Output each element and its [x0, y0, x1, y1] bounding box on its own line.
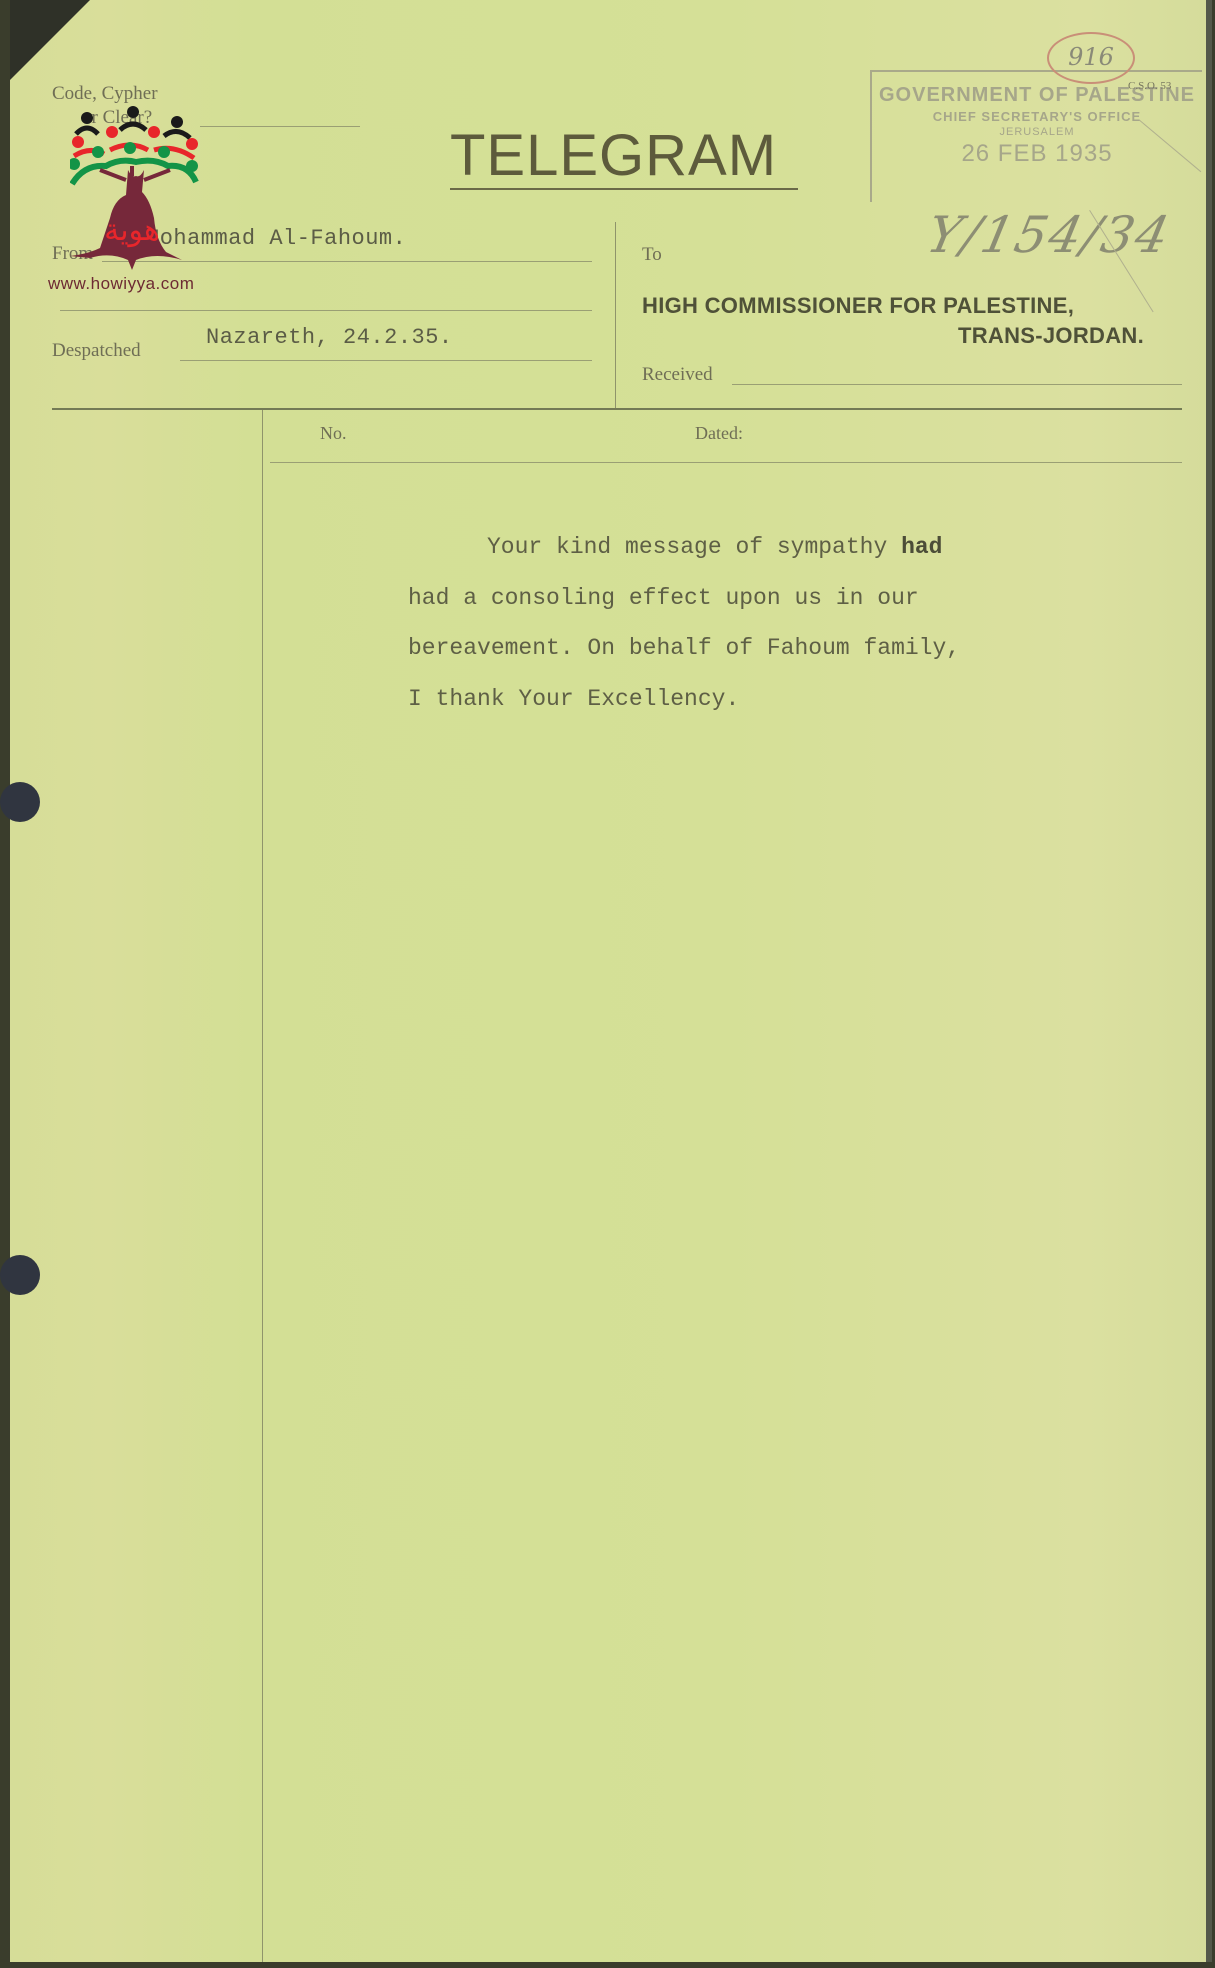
despatched-line — [180, 360, 592, 361]
struck-word: had — [901, 534, 942, 560]
recipient-line1: HIGH COMMISSIONER FOR PALESTINE, — [642, 293, 1074, 319]
body-line-2: had a consoling effect upon us in our — [408, 573, 960, 624]
despatched-value: Nazareth, 24.2.35. — [206, 325, 453, 350]
form-title: TELEGRAM — [450, 122, 777, 189]
to-label: To — [642, 244, 662, 266]
code-line — [200, 126, 360, 127]
howiyya-tree-logo-icon: هوية — [70, 100, 210, 270]
watermark-url: www.howiyya.com — [48, 274, 194, 294]
punch-hole-top — [0, 782, 40, 822]
recipient-line2: TRANS-JORDAN. — [958, 323, 1144, 349]
no-label: No. — [320, 423, 347, 444]
margin-rule — [262, 410, 263, 1962]
svg-text:هوية: هوية — [104, 213, 160, 248]
body-line-1: Your kind message of sympathy had — [408, 522, 960, 573]
despatched-label: Despatched — [52, 340, 141, 362]
torn-corner — [10, 0, 90, 80]
received-label: Received — [642, 364, 713, 386]
received-line — [732, 384, 1182, 385]
telegram-form: Code, Cypher or Clear? TELEGRAM From Moh… — [10, 0, 1212, 1962]
body-line-3: bereavement. On behalf of Fahoum family, — [408, 623, 960, 674]
form-number: C.S.O. 53 — [1128, 80, 1171, 92]
header-separator — [52, 408, 1182, 410]
folio-number: 916 — [1047, 32, 1135, 84]
body-line-4: I thank Your Excellency. — [408, 674, 960, 725]
stamp-date: 26 FEB 1935 — [872, 140, 1202, 168]
telegram-body: Your kind message of sympathy had had a … — [408, 522, 960, 724]
dated-line — [270, 462, 1182, 463]
header-divider — [615, 222, 616, 408]
file-reference: Y/154/34 — [922, 206, 1176, 264]
dated-label: Dated: — [695, 423, 743, 444]
from-line-2 — [60, 310, 592, 311]
stamp-line2: CHIEF SECRETARY'S OFFICE — [872, 109, 1202, 124]
title-underline — [450, 188, 798, 190]
punch-hole-bottom — [0, 1255, 40, 1295]
